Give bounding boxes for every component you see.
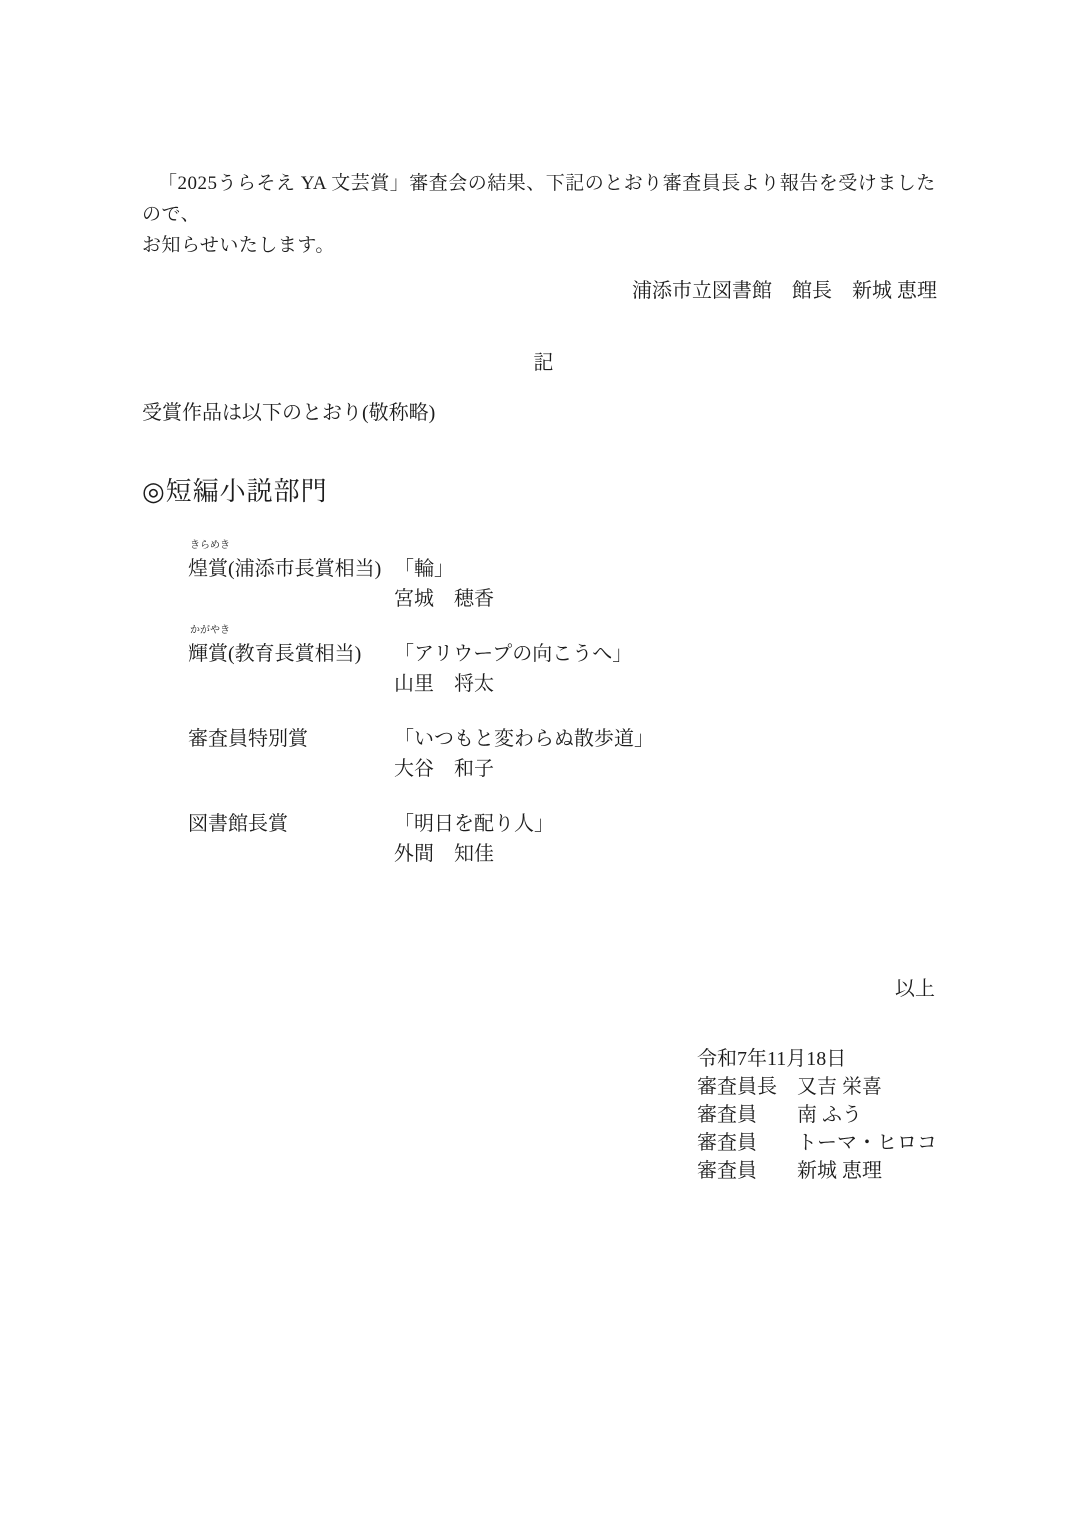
award-winner-name: 山里 将太 xyxy=(394,669,945,699)
award-label: かがやき輝賞(教育長賞相当) xyxy=(188,639,394,669)
committee-block: 令和7年11月18日 審査員長 又吉 栄喜 審査員 南 ふう 審査員 トーマ・ヒ… xyxy=(697,1045,945,1185)
award-row: きらめき煌賞(浦添市長賞相当) 「輪」 xyxy=(188,554,945,584)
date-line: 令和7年11月18日 xyxy=(697,1045,945,1073)
intro-line-2: お知らせいたします。 xyxy=(142,230,335,261)
committee-member-name: トーマ・ヒロコ xyxy=(797,1129,937,1157)
award-row: 審査員特別賞 「いつもと変わらぬ散歩道」 xyxy=(188,724,945,754)
document-page: 「2025うらそえ YA 文芸賞」審査会の結果、下記のとおり審査員長より報告を受… xyxy=(0,0,1078,1517)
intro-paragraph: 「2025うらそえ YA 文芸賞」審査会の結果、下記のとおり審査員長より報告を受… xyxy=(142,168,945,261)
committee-row-member: 審査員 南 ふう xyxy=(697,1101,945,1129)
award-label-text: 審査員特別賞 xyxy=(188,728,308,750)
committee-member-name: 新城 恵理 xyxy=(797,1157,882,1185)
committee-role: 審査員 xyxy=(697,1101,797,1129)
closing-mark: 以上 xyxy=(142,975,945,1003)
committee-role: 審査員長 xyxy=(697,1073,797,1101)
award-label-text: 図書館長賞 xyxy=(188,813,288,835)
committee-row-member: 審査員 トーマ・ヒロコ xyxy=(697,1129,945,1157)
award-row: 図書館長賞 「明日を配り人」 xyxy=(188,809,945,839)
award-work-title: 「輪」 xyxy=(394,554,454,584)
award-label: 審査員特別賞 xyxy=(188,724,394,754)
award-item-special-judges: 審査員特別賞 「いつもと変わらぬ散歩道」 大谷 和子 xyxy=(188,724,945,784)
section-heading-short-story: ◎短編小説部門 xyxy=(142,473,945,509)
committee-row-member: 審査員 新城 恵理 xyxy=(697,1157,945,1185)
award-item-library-director: 図書館長賞 「明日を配り人」 外間 知佳 xyxy=(188,809,945,869)
award-ruby-annotation: かがやき xyxy=(190,626,230,636)
award-work-title: 「いつもと変わらぬ散歩道」 xyxy=(394,724,654,754)
award-ruby-annotation: きらめき xyxy=(190,541,230,551)
award-winner-name: 大谷 和子 xyxy=(394,754,945,784)
award-label: 図書館長賞 xyxy=(188,809,394,839)
intro-line-1: 「2025うらそえ YA 文芸賞」審査会の結果、下記のとおり審査員長より報告を受… xyxy=(142,173,936,225)
committee-role: 審査員 xyxy=(697,1157,797,1185)
committee-member-name: 南 ふう xyxy=(797,1101,862,1129)
sender-line: 浦添市立図書館 館長 新城 恵理 xyxy=(142,277,945,305)
award-row: かがやき輝賞(教育長賞相当) 「アリウープの向こうへ」 xyxy=(188,639,945,669)
awards-list: きらめき煌賞(浦添市長賞相当) 「輪」 宮城 穂香 かがやき輝賞(教育長賞相当)… xyxy=(142,554,945,869)
award-label-text: 輝賞(教育長賞相当) xyxy=(188,643,361,665)
record-mark: 記 xyxy=(142,349,945,377)
award-label-text: 煌賞(浦添市長賞相当) xyxy=(188,558,381,580)
award-winner-name: 外間 知佳 xyxy=(394,839,945,869)
award-item-kagayaki: かがやき輝賞(教育長賞相当) 「アリウープの向こうへ」 山里 将太 xyxy=(188,639,945,699)
winners-note: 受賞作品は以下のとおり(敬称略) xyxy=(142,399,945,427)
committee-role: 審査員 xyxy=(697,1129,797,1157)
award-label: きらめき煌賞(浦添市長賞相当) xyxy=(188,554,394,584)
committee-row-chair: 審査員長 又吉 栄喜 xyxy=(697,1073,945,1101)
committee-member-name: 又吉 栄喜 xyxy=(797,1073,882,1101)
award-work-title: 「明日を配り人」 xyxy=(394,809,554,839)
award-winner-name: 宮城 穂香 xyxy=(394,584,945,614)
award-work-title: 「アリウープの向こうへ」 xyxy=(394,639,632,669)
award-item-kirameki: きらめき煌賞(浦添市長賞相当) 「輪」 宮城 穂香 xyxy=(188,554,945,614)
